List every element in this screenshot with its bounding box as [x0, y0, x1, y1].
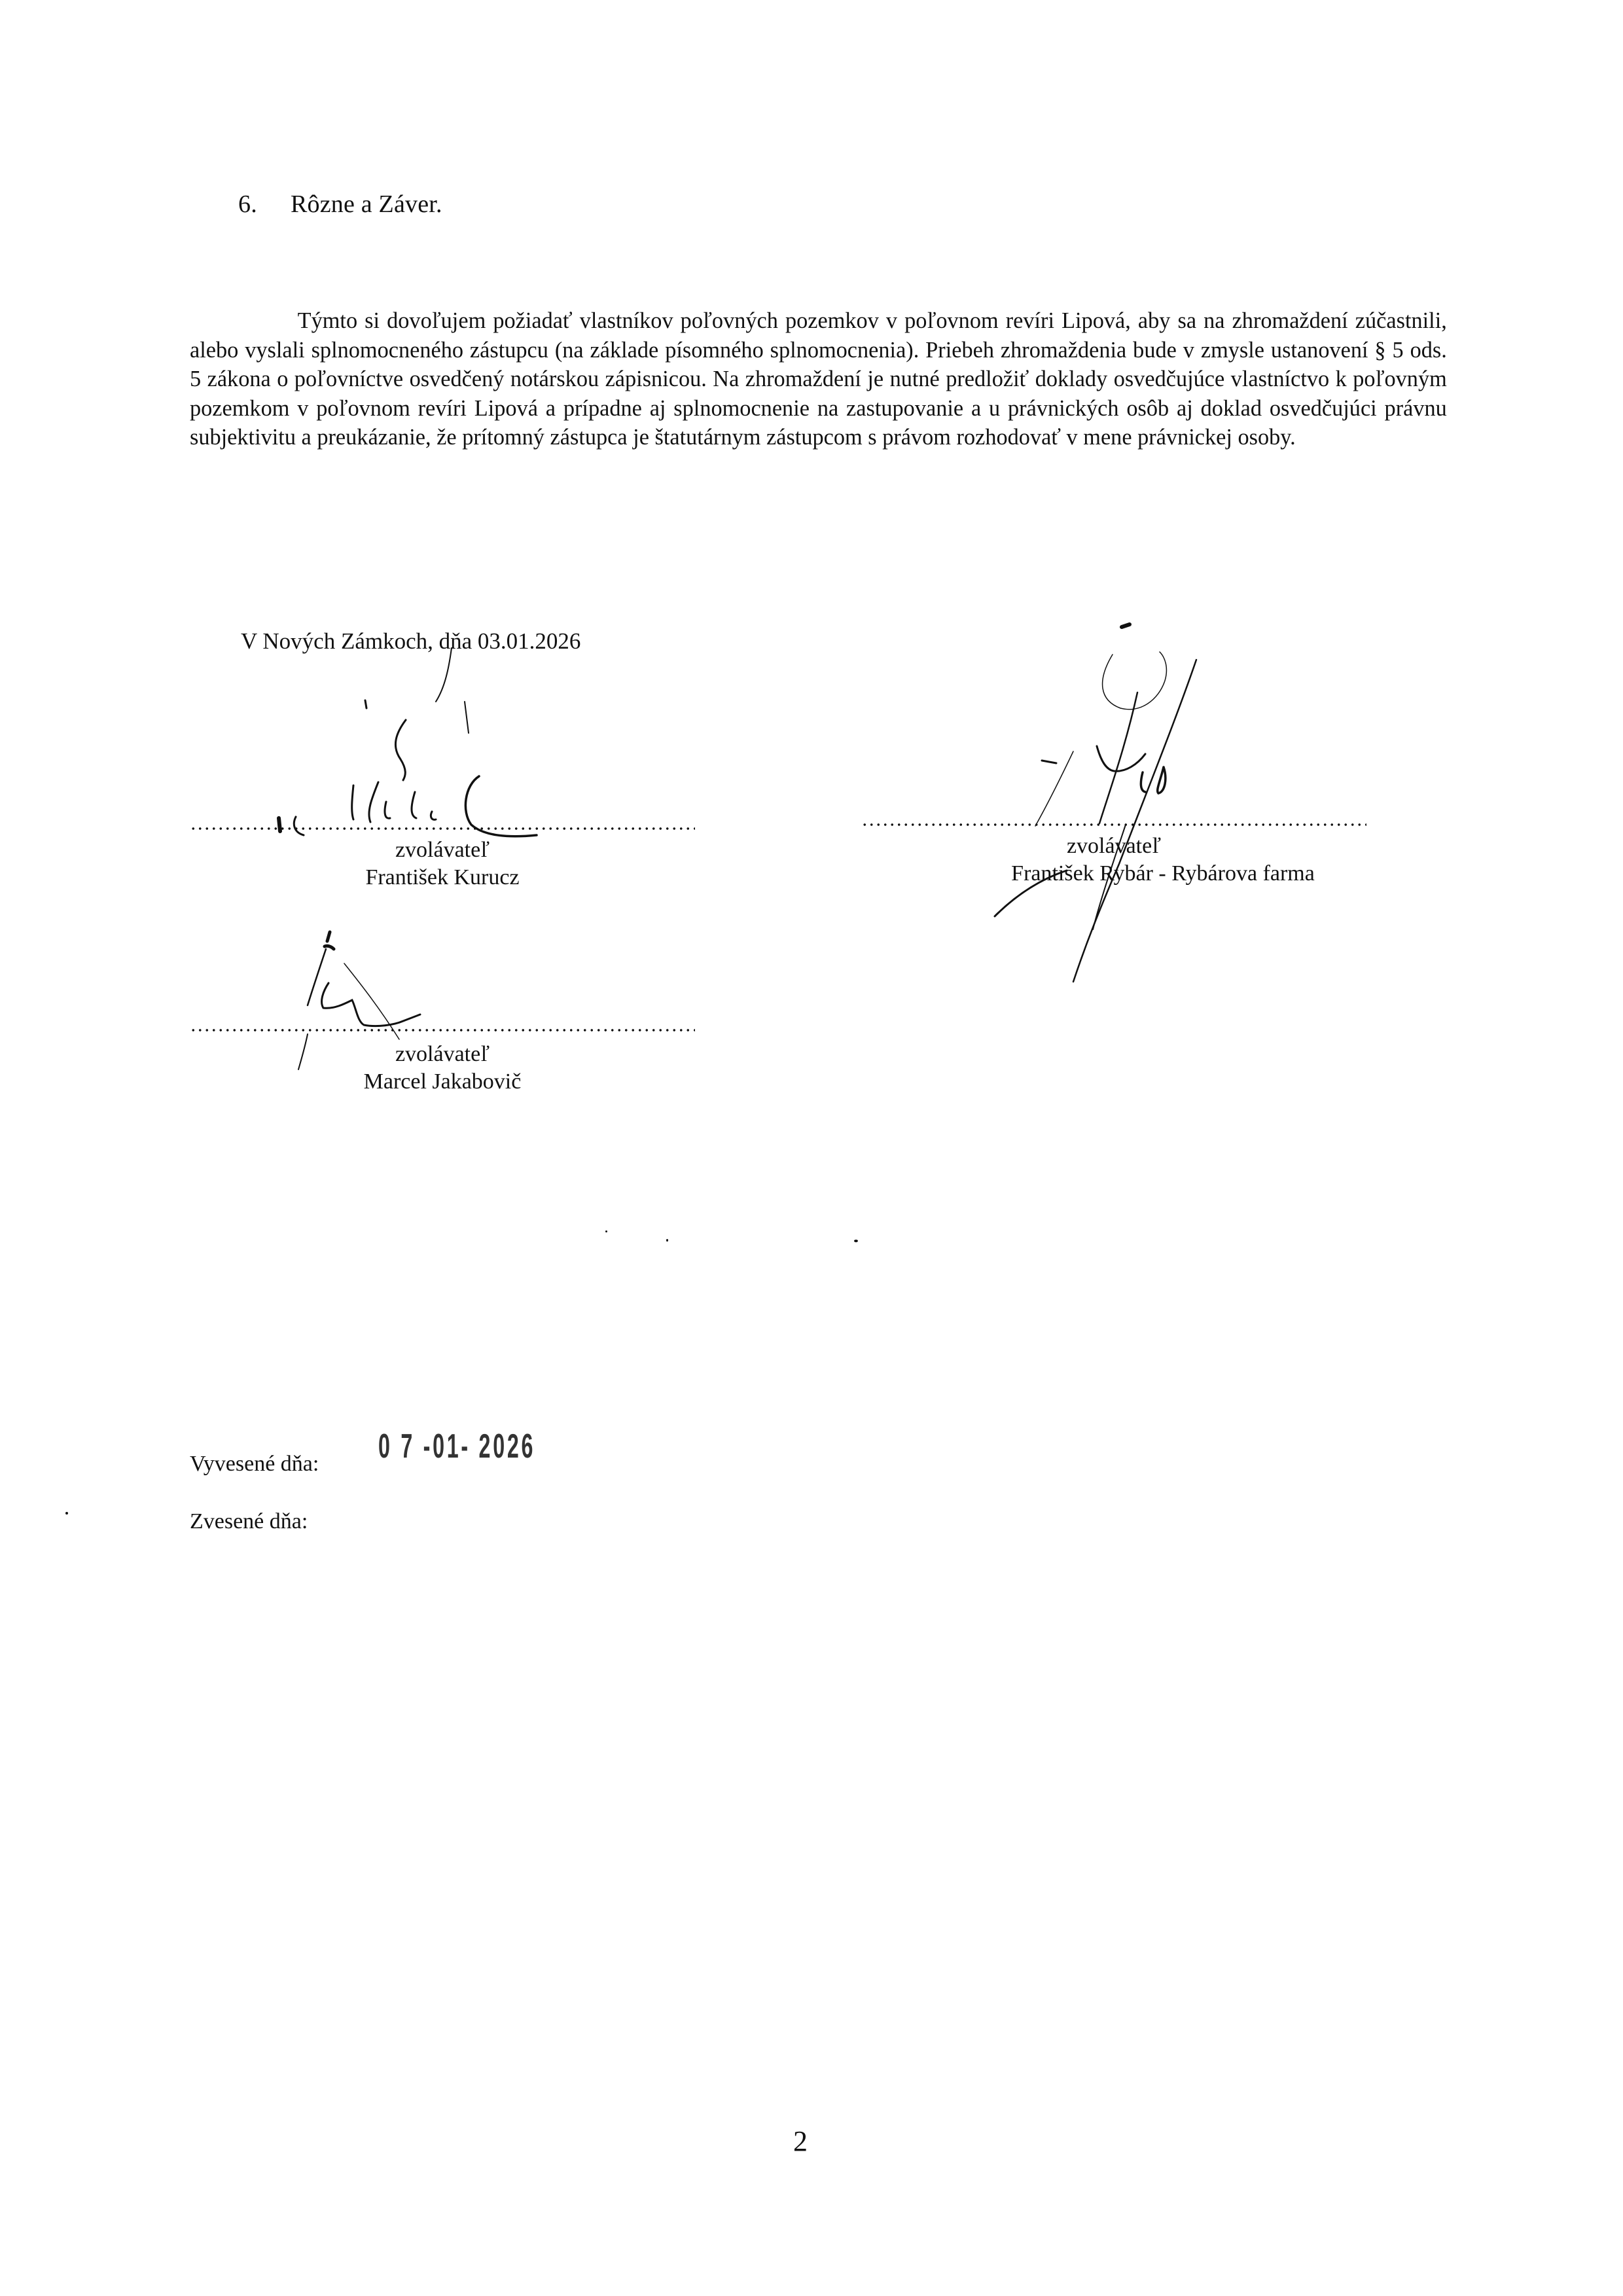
removed-label: Zvesené dňa: [190, 1509, 308, 1534]
section-heading: 6.Rôzne a Záver. [238, 190, 442, 219]
page-number: 2 [793, 2125, 808, 2158]
signature-line-rybar [861, 822, 1366, 827]
body-paragraph: Týmto si dovoľujem požiadať vlastníkov p… [190, 306, 1447, 452]
signatory-jakabovic: zvolávateľ Marcel Jakabovič [190, 1041, 695, 1096]
signatory-name: Marcel Jakabovič [190, 1068, 695, 1096]
signatory-name: František Kurucz [190, 864, 695, 891]
signatory-role: zvolávateľ [190, 836, 695, 864]
signature-line-kurucz [190, 826, 695, 831]
signatory-role: zvolávateľ [190, 1041, 695, 1068]
signatory-rybar: zvolávateľ František Rybár - Rybárova fa… [861, 833, 1366, 888]
scan-speck [854, 1240, 858, 1242]
scan-speck [605, 1230, 607, 1232]
scan-speck [65, 1512, 68, 1515]
signature-line-jakabovic [190, 1028, 695, 1033]
section-title: Rôzne a Záver. [291, 190, 442, 218]
section-number: 6. [238, 190, 291, 219]
posted-date-stamp: 0 7 -01- 2026 [378, 1427, 535, 1466]
signatory-role: zvolávateľ [861, 833, 1366, 860]
signature-rybar-icon [969, 615, 1309, 1008]
posted-label: Vyvesené dňa: [190, 1452, 319, 1477]
signatory-kurucz: zvolávateľ František Kurucz [190, 836, 695, 891]
signatory-name: František Rybár - Rybárova farma [861, 860, 1366, 888]
scan-speck [666, 1239, 668, 1242]
signature-kurucz-icon [255, 641, 596, 838]
